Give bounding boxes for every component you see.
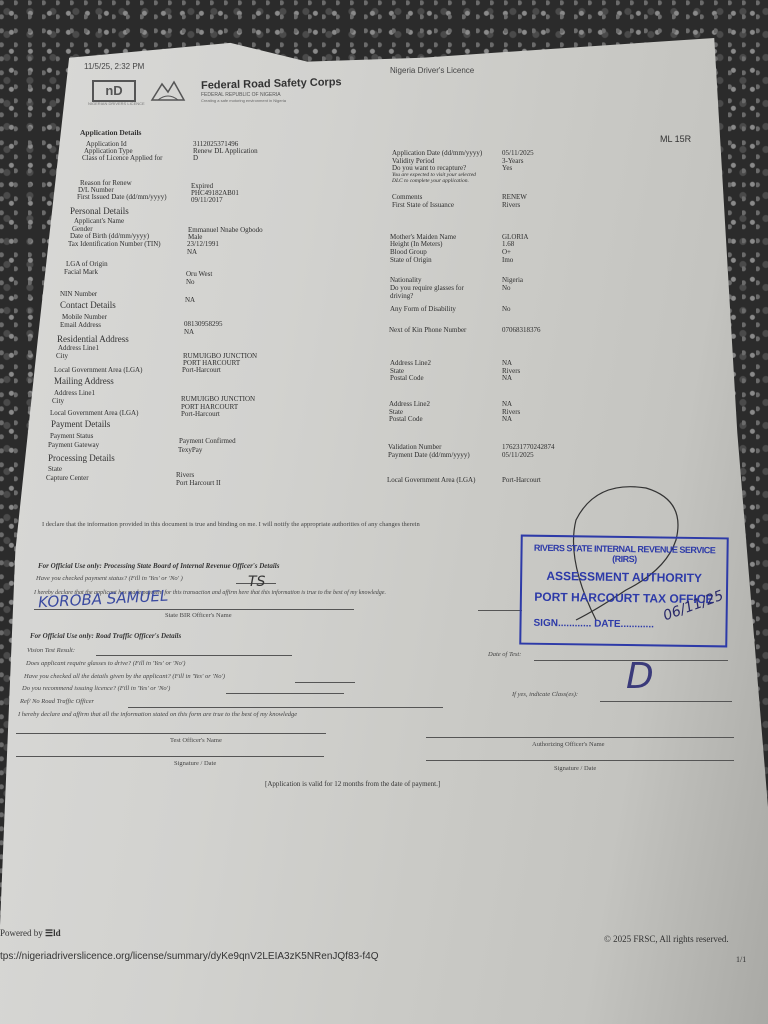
left-field-label: Address Line1	[58, 344, 99, 352]
left-field-label: Applicant's Name	[74, 217, 124, 225]
left-field-value: No	[186, 278, 195, 286]
stamp-line-2: ASSESSMENT AUTHORITY	[522, 569, 726, 586]
stamp-line-4: SIGN............ DATE............	[521, 618, 725, 632]
birs-officer-name-caption: State BIR Officer's Name	[165, 612, 232, 619]
right-field-value: RENEW	[502, 193, 527, 201]
authorizing-officer-signature-line[interactable]	[426, 760, 734, 761]
left-field-label: Facial Mark	[64, 268, 98, 276]
left-field-value: Oru West	[186, 270, 212, 278]
right-field-value: Rivers	[502, 201, 520, 209]
declaration-text: I declare that the information provided …	[42, 521, 420, 528]
rto-vision-label: Vision Test Result:	[27, 647, 75, 654]
right-field-label: Comments	[392, 193, 422, 201]
left-field-value: NA	[187, 248, 197, 256]
right-field-label: Postal Code	[389, 415, 423, 423]
rto-ref-label: Ref/ No Road Traffic Officer	[20, 698, 94, 705]
print-timestamp: 11/5/25, 2:32 PM	[84, 62, 144, 71]
section-application-details: Application Details	[80, 128, 141, 137]
left-field-value: D	[193, 154, 198, 162]
left-field-label: Local Government Area (LGA)	[54, 366, 142, 374]
right-field-value: No	[502, 305, 511, 313]
right-field-value: NA	[502, 415, 512, 423]
org-tagline: Creating a safe motoring environment in …	[201, 98, 286, 103]
page-number: 1/1	[736, 955, 746, 964]
right-field-value: 05/11/2025	[502, 149, 534, 157]
section-processing-details: Processing Details	[48, 453, 115, 463]
right-field-value: Nigeria	[502, 276, 523, 284]
section-mailing-address: Mailing Address	[54, 376, 114, 386]
left-field-value: Port Harcourt II	[176, 479, 221, 487]
right-field-value: NA	[502, 359, 512, 367]
right-field-value: 07068318376	[502, 326, 541, 334]
ndl-logo: nD	[92, 80, 136, 102]
left-field-value: Payment Confirmed	[179, 437, 236, 445]
rto-checked-label: Have you checked all the details given b…	[24, 673, 225, 680]
page-url-link[interactable]: tps://nigeriadriverslicence.org/license/…	[0, 951, 379, 962]
right-field-label: State of Origin	[390, 256, 432, 264]
rto-date-of-test-label: Date of Test:	[488, 651, 521, 658]
frsc-crest-icon	[148, 80, 188, 102]
right-field-value: NA	[502, 374, 512, 382]
right-field-label: Postal Code	[390, 374, 424, 382]
right-field-label: Do you require glasses for driving?	[390, 284, 475, 300]
left-field-label: Payment Gateway	[48, 441, 99, 449]
right-field-label: Any Form of Disability	[390, 305, 456, 313]
test-officer-signature-line[interactable]	[16, 756, 324, 757]
right-field-label: Validation Number	[388, 443, 441, 451]
right-field-label: Address Line2	[389, 400, 430, 408]
authorizing-officer-name-line[interactable]	[426, 737, 734, 738]
left-field-label: City	[56, 352, 68, 360]
left-field-label: Address Line1	[54, 389, 95, 397]
powered-by-logo-icon: ☰ld	[45, 928, 61, 938]
right-field-value: No	[502, 284, 511, 292]
test-officer-signature-caption: Signature / Date	[174, 760, 216, 767]
rto-recommend-field[interactable]	[226, 693, 344, 694]
left-field-value: 23/12/1991	[187, 240, 219, 248]
right-field-value: Imo	[502, 256, 513, 264]
birs-heading: For Official Use only: Processing State …	[38, 562, 279, 570]
right-field-label: Application Date (dd/mm/yyyy)	[392, 149, 482, 157]
right-field-value: 05/11/2025	[502, 451, 534, 459]
left-field-label: Date of Birth (dd/mm/yyyy)	[70, 232, 149, 240]
left-field-label: Tax Identification Number (TIN)	[68, 240, 161, 248]
right-field-value: NA	[502, 400, 512, 408]
right-field-value: 176231770242874	[502, 443, 555, 451]
left-field-label: Payment Status	[50, 432, 93, 440]
left-field-value: Rivers	[176, 471, 194, 479]
rto-ref-field[interactable]	[128, 707, 443, 708]
right-field-label: Local Government Area (LGA)	[387, 476, 475, 484]
right-field-label: You are expected to visit your selected …	[392, 172, 487, 184]
test-officer-name-caption: Test Officer's Name	[170, 737, 222, 744]
right-field-value: Port-Harcourt	[502, 476, 541, 484]
rto-classes-handwritten: D	[626, 656, 654, 697]
copyright: © 2025 FRSC, All rights reserved.	[604, 934, 729, 944]
section-personal-details: Personal Details	[70, 206, 129, 216]
left-field-value: TexyPay	[178, 446, 202, 454]
left-field-label: Capture Center	[46, 474, 89, 482]
validity-note: [Application is valid for 12 months from…	[265, 780, 440, 788]
rto-recommend-label: Do you recommend issuing licence? (Fill …	[22, 685, 170, 692]
right-field-label: Next of Kin Phone Number	[389, 326, 466, 334]
authorizing-officer-name-caption: Authorizing Officer's Name	[532, 741, 605, 748]
left-field-label: Local Government Area (LGA)	[50, 409, 138, 417]
section-contact-details: Contact Details	[60, 300, 116, 310]
left-field-value: Port-Harcourt	[181, 410, 220, 418]
section-payment-details: Payment Details	[51, 419, 110, 429]
document-title: Nigeria Driver's Licence	[390, 66, 474, 75]
rto-classes-field[interactable]	[600, 701, 732, 702]
right-field-label: Nationality	[390, 276, 422, 284]
powered-by-label: Powered by	[0, 928, 43, 938]
left-field-value: Port-Harcourt	[182, 366, 221, 374]
birs-handwritten-initial: TS	[248, 574, 265, 590]
rirs-stamp: RIVERS STATE INTERNAL REVENUE SERVICE (R…	[519, 535, 729, 648]
left-field-label: City	[52, 397, 64, 405]
rto-heading: For Official Use only: Road Traffic Offi…	[30, 632, 181, 640]
test-officer-name-line[interactable]	[16, 733, 326, 734]
left-field-value: 08130958295	[184, 320, 223, 328]
ndl-logo-caption: NIGERIAN DRIVERS LICENCE	[88, 101, 145, 106]
left-field-value: 09/11/2017	[191, 196, 223, 204]
birs-signature-line[interactable]	[478, 610, 522, 611]
right-field-label: Address Line2	[390, 359, 431, 367]
rto-classes-label: If yes, indicate Class(es):	[512, 691, 578, 698]
stamp-line-1: RIVERS STATE INTERNAL REVENUE SERVICE (R…	[522, 543, 726, 566]
right-field-label: Height (In Meters)	[390, 240, 442, 248]
rto-affirm-text: I hereby declare and affirm that all the…	[18, 711, 297, 718]
right-field-value: 1.68	[502, 240, 514, 248]
right-field-label: Blood Group	[390, 248, 427, 256]
rto-vision-field[interactable]	[96, 655, 292, 656]
right-field-value: O+	[502, 248, 511, 256]
rto-glasses-label: Does applicant require glasses to drive?…	[26, 660, 185, 667]
right-field-label: Do you want to recapture?	[392, 164, 466, 172]
left-field-value: RUMUIGBO JUNCTION	[181, 395, 255, 403]
left-field-label: NIN Number	[60, 290, 97, 298]
section-residential-address: Residential Address	[57, 334, 129, 344]
left-field-value: NA	[185, 296, 195, 304]
rto-checked-field[interactable]	[295, 682, 355, 683]
birs-payment-question: Have you checked payment status? (Fill i…	[36, 575, 183, 582]
left-field-label: Class of Licence Applied for	[82, 154, 162, 162]
left-field-label: Mobile Number	[62, 313, 107, 321]
right-field-value: Yes	[502, 164, 512, 172]
birs-officer-name-line[interactable]	[34, 609, 354, 610]
left-field-label: First Issued Date (dd/mm/yyyy)	[77, 193, 167, 201]
right-field-label: First State of Issuance	[392, 201, 454, 209]
left-field-label: State	[48, 465, 62, 473]
left-field-value: NA	[184, 328, 194, 336]
left-field-label: LGA of Origin	[66, 260, 108, 268]
right-field-label: Payment Date (dd/mm/yyyy)	[388, 451, 470, 459]
left-field-value: Renew DL Application	[193, 147, 258, 155]
authorizing-officer-signature-caption: Signature / Date	[554, 765, 596, 772]
powered-by: Powered by ☰ld	[0, 928, 61, 939]
form-code: ML 15R	[660, 134, 691, 144]
left-field-label: Email Address	[60, 321, 101, 329]
